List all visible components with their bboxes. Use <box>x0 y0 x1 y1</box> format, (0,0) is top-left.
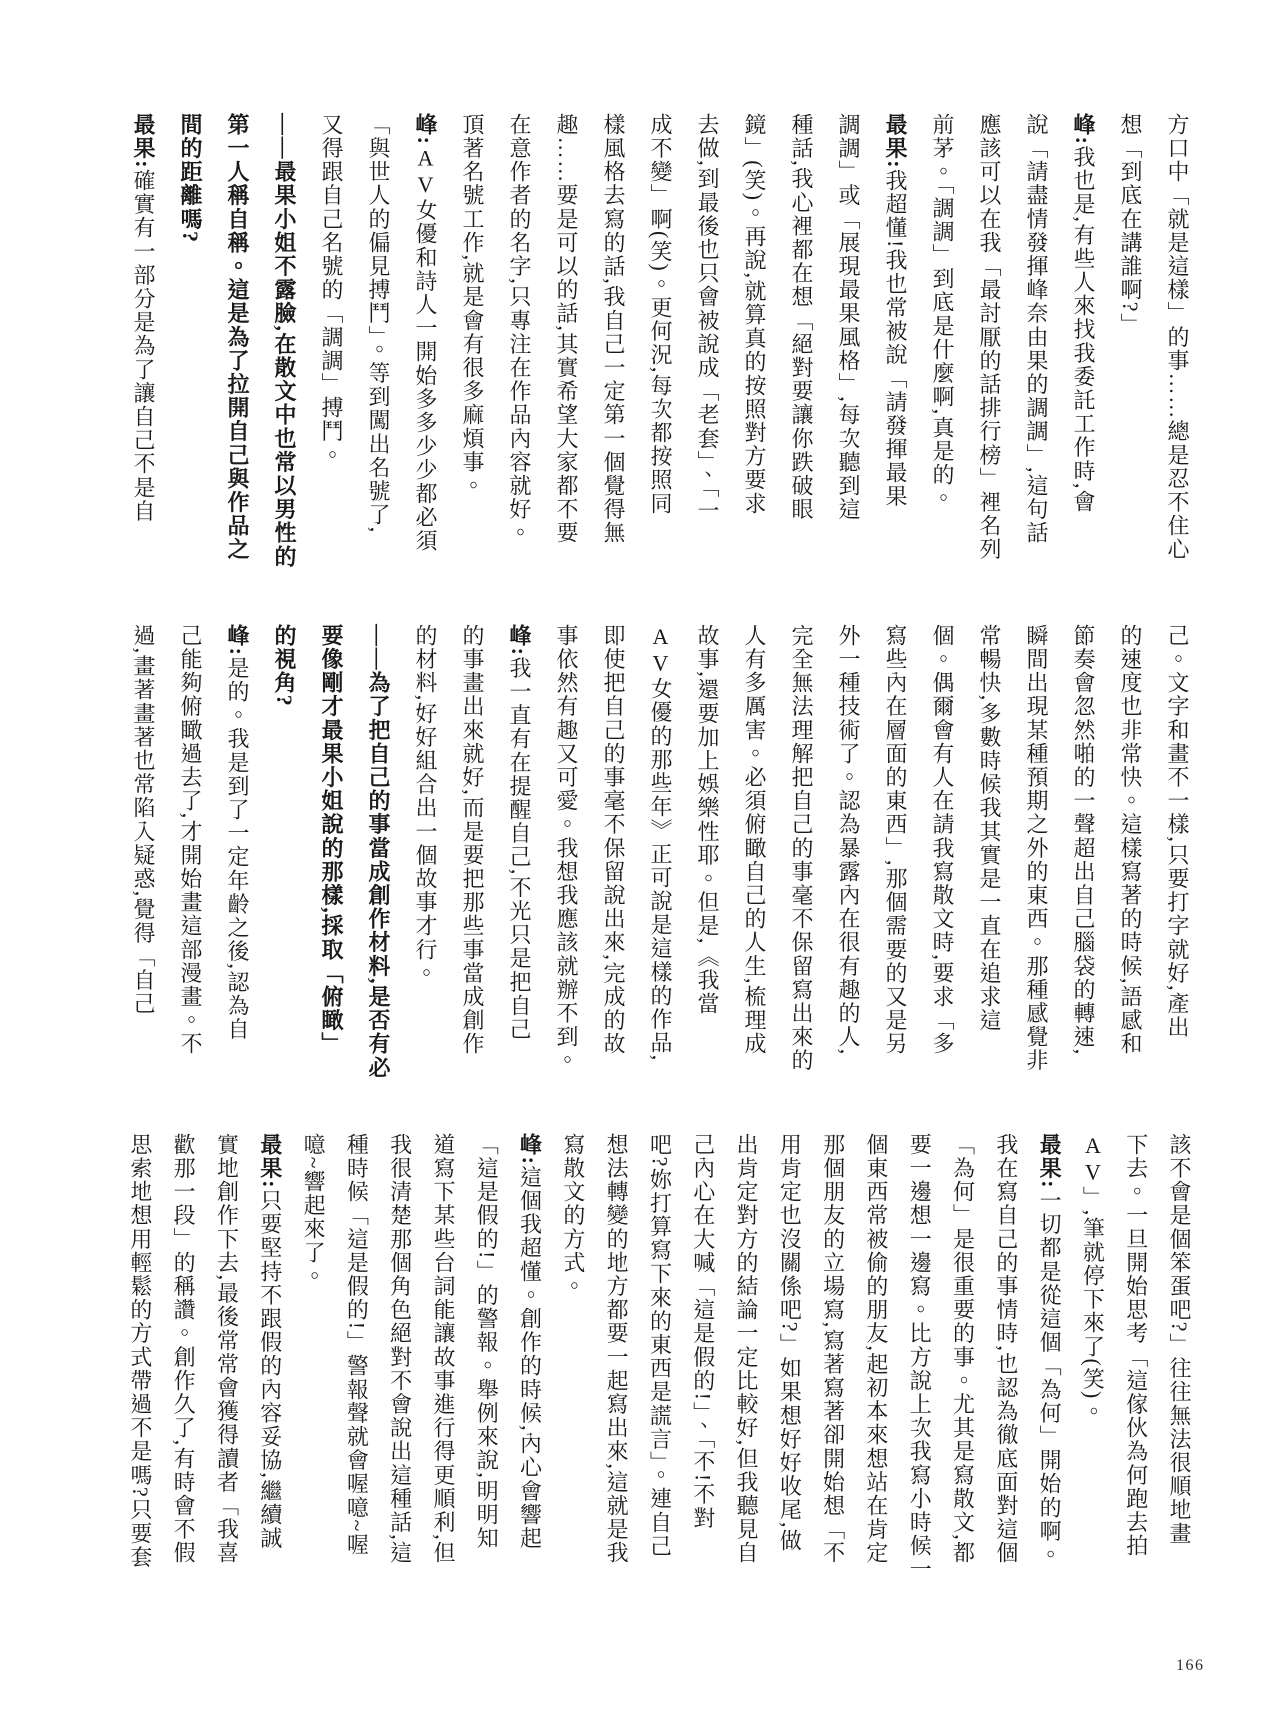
text-band-bottom: 該不會是個笨蛋吧?」往往無法很順地畫下去。一旦開始思考「這傢伙為何跑去拍AV」,… <box>117 1133 1201 1589</box>
text-column: 寫些內在層面的東西」,那個需要的又是另 <box>872 624 919 1080</box>
text-column: 該不會是個笨蛋吧?」往往無法很順地畫 <box>1158 1133 1201 1589</box>
interviewer-question-column: 要像剛才最果小姐說的那樣,採取「俯瞰」 <box>308 624 355 1080</box>
text-column: 方口中「就是這樣」的事……總是忍不住心 <box>1154 113 1201 569</box>
text-column: AV女優的那些年》正可說是這樣的作品, <box>637 624 684 1080</box>
text-column: AV」,筆就停下來了(笑)。 <box>1071 1133 1114 1589</box>
text-column: 的事畫出來就好,而是要把那些事當成創作 <box>449 624 496 1080</box>
speaker-column: 最果:只要堅持不跟假的內容妥協,繼續誠 <box>248 1133 291 1589</box>
text-column: 應該可以在我「最討厭的話排行榜」裡名列 <box>966 113 1013 569</box>
text-column: 「與世人的偏見搏鬥」。等到闖出名號了, <box>355 113 402 569</box>
text-column: 故事,還要加上娛樂性耶。但是,《我當 <box>684 624 731 1080</box>
speaker-column: 最果:我超懂!我也常被說「請發揮最果 <box>872 113 919 569</box>
text-column: 下去。一旦開始思考「這傢伙為何跑去拍 <box>1114 1133 1157 1589</box>
speaker-column: 最果:確實有一部分是為了讓自己不是自 <box>120 113 167 569</box>
speaker-label: 最果: <box>883 113 908 169</box>
speaker-column: 峰:我一直有在提醒自己,不光只是把自己 <box>496 624 543 1080</box>
text-band-middle: 己。文字和畫不一樣,只要打字就好,產出的速度也非常快。這樣寫著的時候,語感和節奏… <box>117 624 1201 1080</box>
text-column: 節奏會忽然啪的一聲超出自己腦袋的轉速, <box>1060 624 1107 1080</box>
text-column: 思索地想用輕鬆的方式帶過不是嗎?只要套 <box>119 1133 162 1589</box>
text-column: 「這是假的!」的警報。舉例來說,明明知 <box>465 1133 508 1589</box>
text-column: 寫散文的方式。 <box>552 1133 595 1589</box>
speaker-label: 峰: <box>225 624 250 657</box>
text-column: 種時候「這是假的!」警報聲就會喔噫~喔 <box>335 1133 378 1589</box>
text-column: 那個朋友的立場寫,寫著寫著卻開始想「不 <box>811 1133 854 1589</box>
text-column: 個東西常被偷的朋友,起初本來想站在肯定 <box>855 1133 898 1589</box>
text-column: 前茅。「調調」到底是什麼啊,真是的。 <box>919 113 966 569</box>
text-column: 去做,到最後也只會被說成「老套」、「一 <box>684 113 731 569</box>
book-page: 方口中「就是這樣」的事……總是忍不住心想「到底在講誰啊?」峰:我也是,有些人來找… <box>0 0 1280 1732</box>
text-column: 「為何」是很重要的事。尤其是寫散文,都 <box>941 1133 984 1589</box>
text-column: 要一邊想一邊寫。比方說上次我寫小時候一 <box>898 1133 941 1589</box>
text-column: 己內心在大喊「這是假的!」、「不!不對 <box>681 1133 724 1589</box>
text-band-top: 方口中「就是這樣」的事……總是忍不住心想「到底在講誰啊?」峰:我也是,有些人來找… <box>117 113 1201 569</box>
text-column: 的速度也非常快。這樣寫著的時候,語感和 <box>1107 624 1154 1080</box>
speaker-label: 最果: <box>131 113 156 169</box>
speaker-column: 峰:是的。我是到了一定年齡之後,認為自 <box>214 624 261 1080</box>
text-column: 歡那一段」的稱讚。創作久了,有時會不假 <box>162 1133 205 1589</box>
text-column: 完全無法理解把自己的事毫不保留寫出來的 <box>778 624 825 1080</box>
text-column: 在意作者的名字,只專注在作品內容就好。 <box>496 113 543 569</box>
interviewer-question-column: 第一人稱自稱。這是為了拉開自己與作品之 <box>214 113 261 569</box>
text-column: 說「請盡情發揮峰奈由果的調調」,這句話 <box>1013 113 1060 569</box>
text-column: 的材料,好好組合出一個故事才行。 <box>402 624 449 1080</box>
text-column: 樣風格去寫的話,我自己一定第一個覺得無 <box>590 113 637 569</box>
speaker-label: 峰: <box>413 113 438 146</box>
text-column: 人有多厲害。必須俯瞰自己的人生,梳理成 <box>731 624 778 1080</box>
text-column: 我很清楚那個角色絕對不會說出這種話,這 <box>378 1133 421 1589</box>
text-column: 想「到底在講誰啊?」 <box>1107 113 1154 569</box>
text-column: 出肯定對方的結論一定比較好,但我聽見自 <box>725 1133 768 1589</box>
interviewer-question-column: 的視角? <box>261 624 308 1080</box>
page-number: 166 <box>1176 1657 1205 1675</box>
speaker-column: 最果:一切都是從這個「為何」開始的啊。 <box>1028 1133 1071 1589</box>
text-column: 常暢快,多數時候我其實是一直在追求這 <box>966 624 1013 1080</box>
text-column: 實地創作下去,最後常常會獲得讀者「我喜 <box>205 1133 248 1589</box>
text-column: 用肯定也沒關係吧?」如果想好好收尾,做 <box>768 1133 811 1589</box>
interviewer-question-column: 間的距離嗎? <box>167 113 214 569</box>
text-column: 噫~響起來了。 <box>292 1133 335 1589</box>
text-column: 種話,我心裡都在想「絕對要讓你跌破眼 <box>778 113 825 569</box>
speaker-column: 峰:我也是,有些人來找我委託工作時,會 <box>1060 113 1107 569</box>
text-column: 吧?妳打算寫下來的東西是謊言」。連自己 <box>638 1133 681 1589</box>
text-column: 成不變」啊(笑)。更何況,每次都按照同 <box>637 113 684 569</box>
speaker-label: 最果: <box>258 1133 283 1189</box>
text-column: 己。文字和畫不一樣,只要打字就好,產出 <box>1154 624 1201 1080</box>
interviewer-question-column: ——最果小姐不露臉,在散文中也常以男性的 <box>261 113 308 569</box>
text-column: 道寫下某些台詞能讓故事進行得更順利,但 <box>422 1133 465 1589</box>
text-column: 己能夠俯瞰過去了,才開始畫這部漫畫。不 <box>167 624 214 1080</box>
text-column: 又得跟自己名號的「調調」搏鬥。 <box>308 113 355 569</box>
text-column: 個。偶爾會有人在請我寫散文時,要求「多 <box>919 624 966 1080</box>
speaker-label: 峰: <box>518 1133 543 1166</box>
speaker-label: 峰: <box>1071 113 1096 146</box>
speaker-label: 峰: <box>507 624 532 657</box>
speaker-label: 最果: <box>1037 1133 1062 1189</box>
speaker-column: 峰:這個我超懂。創作的時候,內心會響起 <box>508 1133 551 1589</box>
text-column: 趣……要是可以的話,其實希望大家都不要 <box>543 113 590 569</box>
text-column: 外一種技術了。認為暴露內在很有趣的人, <box>825 624 872 1080</box>
text-column: 瞬間出現某種預期之外的東西。那種感覺非 <box>1013 624 1060 1080</box>
text-column: 我在寫自己的事情時,也認為徹底面對這個 <box>985 1133 1028 1589</box>
text-column: 即使把自己的事毫不保留說出來,完成的故 <box>590 624 637 1080</box>
text-column: 想法轉變的地方都要一起寫出來,這就是我 <box>595 1133 638 1589</box>
text-column: 調調」或「展現最果風格」,每次聽到這 <box>825 113 872 569</box>
text-column: 鏡」(笑)。再說,就算真的按照對方要求 <box>731 113 778 569</box>
text-column: 過,畫著畫著也常陷入疑惑,覺得「自己 <box>120 624 167 1080</box>
speaker-column: 峰:AV女優和詩人一開始多多少少都必須 <box>402 113 449 569</box>
text-column: 頂著名號工作,就是會有很多麻煩事。 <box>449 113 496 569</box>
interviewer-question-column: ——為了把自己的事當成創作材料,是否有必 <box>355 624 402 1080</box>
text-column: 事依然有趣又可愛。我想我應該就辦不到。 <box>543 624 590 1080</box>
